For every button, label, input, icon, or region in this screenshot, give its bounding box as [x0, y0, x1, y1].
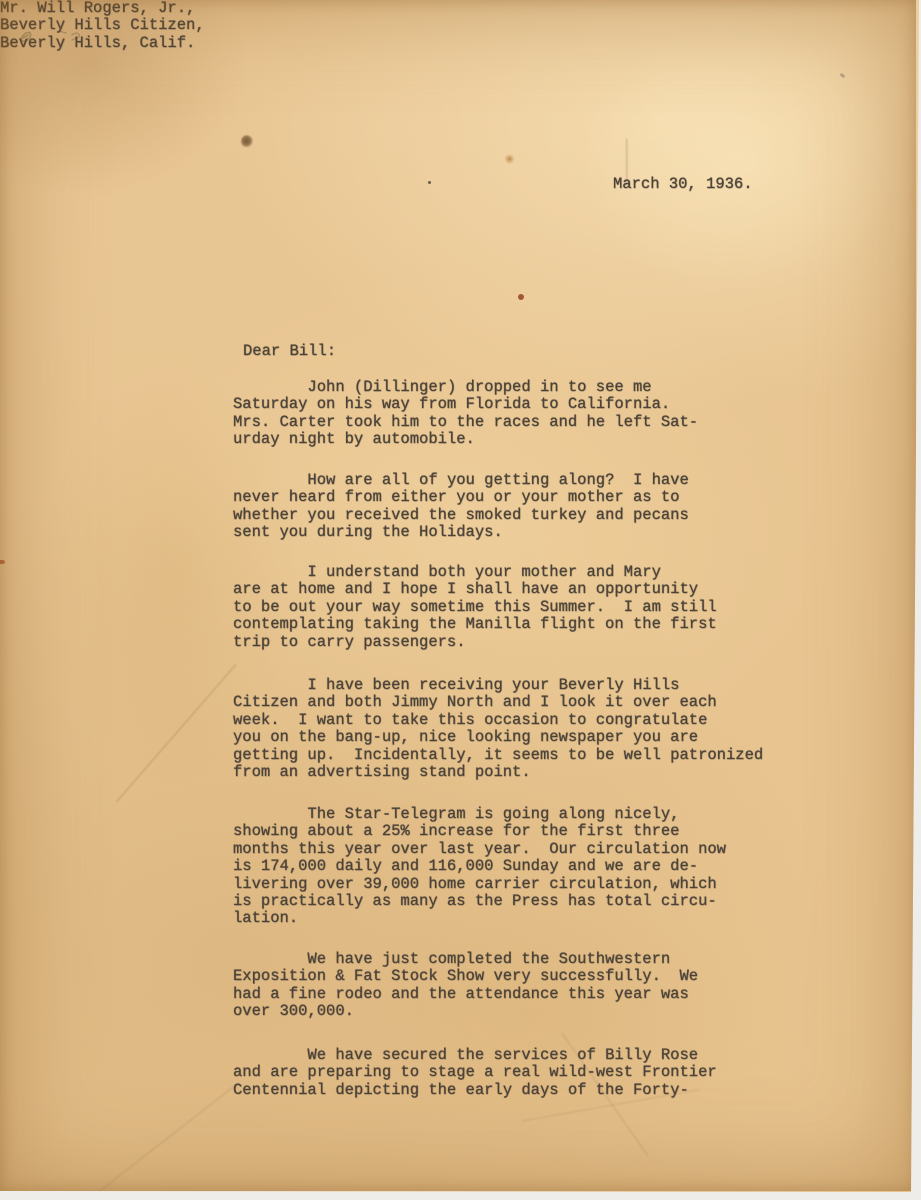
paragraph-stock-show: We have just completed the Southwestern … — [233, 951, 793, 1021]
paragraph-manilla-flight: I understand both your mother and Mary a… — [233, 564, 793, 651]
recipient-address-block: Mr. Will Rogers, Jr., Beverly Hills Citi… — [0, 0, 921, 52]
recipient-name-line: Mr. Will Rogers, Jr., — [0, 0, 921, 17]
pencil-speck — [840, 73, 846, 79]
rust-stain — [504, 154, 515, 164]
red-ink-spot — [518, 294, 524, 300]
ink-speck — [428, 181, 431, 184]
ink-smudge-stain — [241, 135, 253, 148]
paragraph-star-telegram: The Star-Telegram is going along nicely,… — [233, 806, 793, 928]
paper-crease — [96, 1085, 235, 1194]
paragraph-holidays: How are all of you getting along? I have… — [233, 472, 793, 542]
paper-crease — [116, 664, 237, 802]
recipient-city-line: Beverly Hills, Calif. — [0, 35, 921, 52]
scanned-letter-page: March 30, 1936. Mr. Will Rogers, Jr., Be… — [0, 0, 921, 1200]
paragraph-frontier-centennial: We have secured the services of Billy Ro… — [233, 1047, 793, 1099]
paragraph-dillinger: John (Dillinger) dropped in to see me Sa… — [233, 379, 793, 449]
letter-date: March 30, 1936. — [613, 176, 753, 193]
salutation: Dear Bill: — [243, 343, 336, 360]
aged-paper-sheet: March 30, 1936. Mr. Will Rogers, Jr., Be… — [0, 0, 921, 1200]
paragraph-beverly-hills-citizen: I have been receiving your Beverly Hills… — [233, 677, 793, 781]
edge-stain — [0, 560, 5, 564]
recipient-org-line: Beverly Hills Citizen, — [0, 17, 921, 34]
paper-blotch — [580, 20, 900, 300]
